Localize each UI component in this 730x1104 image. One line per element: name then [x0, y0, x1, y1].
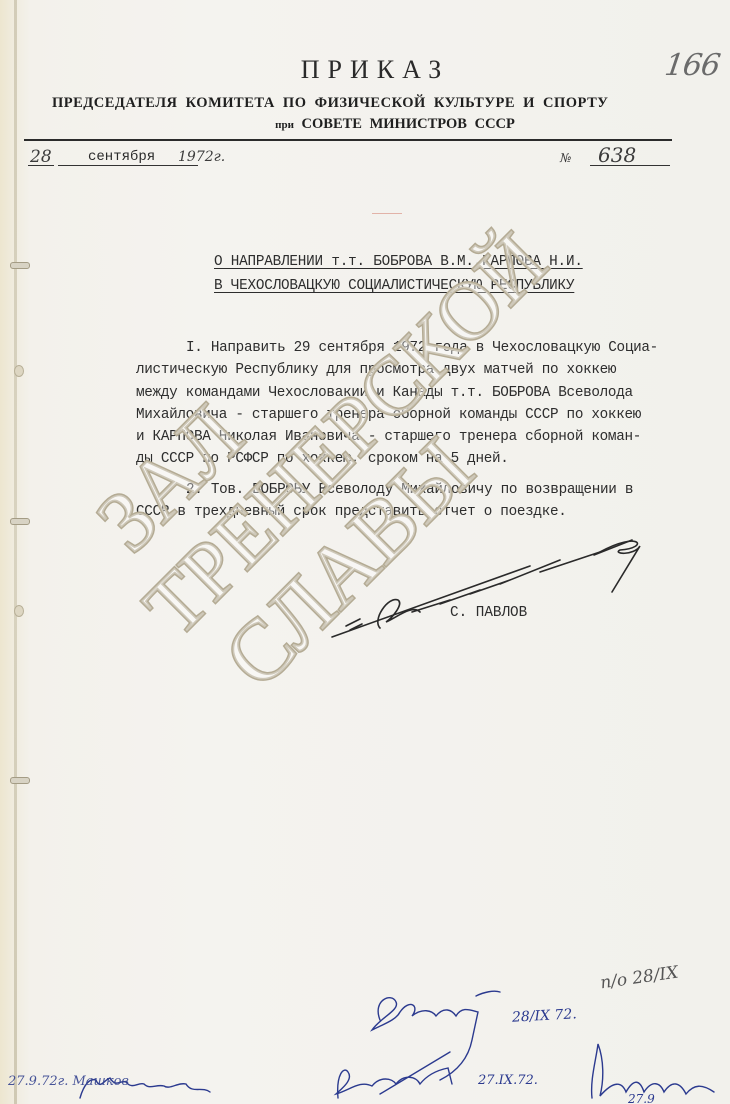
paragraph-2-line: СССР в трехдневный срок представить отче… [136, 501, 726, 523]
faint-mark [372, 213, 402, 214]
visa-3-date: 27.9 [628, 1092, 655, 1104]
paragraph-1-line: листическую Республику для просмотра дву… [136, 359, 726, 381]
issuer-line-1: ПРЕДСЕДАТЕЛЯ КОМИТЕТА ПО ФИЗИЧЕСКОЙ КУЛЬ… [52, 95, 608, 112]
header-rule [24, 139, 672, 141]
issuer-prefix: при [275, 119, 294, 131]
issuer-line-2: при СОВЕТЕ МИНИСТРОВ СССР [0, 116, 730, 133]
order-number-underline [590, 165, 670, 166]
signatory-name: С. ПАВЛОВ [450, 605, 527, 621]
subject-line: В ЧЕХОСЛОВАЦКУЮ СОЦИАЛИСТИЧЕСКУЮ РЕСПУБЛ… [214, 274, 583, 298]
visa-2-date: 27.IX.72. [478, 1073, 538, 1088]
issuer-body: СОВЕТЕ МИНИСТРОВ СССР [302, 116, 515, 132]
order-subject: О НАПРАВЛЕНИИ т.т. БОБРОВА В.М.,КАРПОВА … [214, 250, 583, 298]
subject-line: О НАПРАВЛЕНИИ т.т. БОБРОВА В.М.,КАРПОВА … [214, 250, 583, 274]
date-day-underline [28, 165, 54, 166]
date-year-value: 1972 [178, 149, 214, 165]
paragraph-1-line: I. Направить 29 сентября 1972 года в Чех… [136, 337, 726, 359]
binding-hole [14, 605, 24, 617]
order-number: 638 [598, 143, 636, 167]
order-body: I. Направить 29 сентября 1972 года в Чех… [136, 337, 726, 523]
binding-stitch [10, 777, 30, 784]
paragraph-1-line: ды СССР по РСФСР по хоккею, сроком на 5 … [136, 448, 726, 470]
paragraph-2-line: 2. Тов. БОБРОВУ Всеволоду Михайловичу по… [136, 479, 726, 501]
binding-hole [14, 365, 24, 377]
date-row: 28 сентября 1972г. № 638 [26, 143, 676, 169]
visa-4-note: 27.9.72г. Машков [8, 1074, 129, 1089]
binding-edge [14, 0, 17, 1104]
paragraph-1-line: и КАРПОВА Николая Ивановича - старшего т… [136, 426, 726, 448]
binding-stitch [10, 518, 30, 525]
document-page: 166 ПРИКАЗ ПРЕДСЕДАТЕЛЯ КОМИТЕТА ПО ФИЗИ… [0, 0, 730, 1104]
paragraph-1-line: между командами Чехословакии и Канады т.… [136, 382, 726, 404]
document-title: ПРИКАЗ [0, 55, 730, 85]
date-month-underline [58, 165, 198, 166]
paragraph-1-line: Михайловича - старшего тренера сборной к… [136, 404, 726, 426]
order-number-label: № [560, 151, 571, 165]
date-day: 28 [30, 147, 52, 167]
date-year-suffix: г. [214, 149, 226, 165]
archive-note: п/о 28/IX [599, 963, 680, 994]
date-year: 1972г. [178, 149, 225, 165]
visa-1-date: 28/IX 72. [512, 1006, 577, 1025]
date-month: сентября [88, 149, 155, 165]
binding-stitch [10, 262, 30, 269]
